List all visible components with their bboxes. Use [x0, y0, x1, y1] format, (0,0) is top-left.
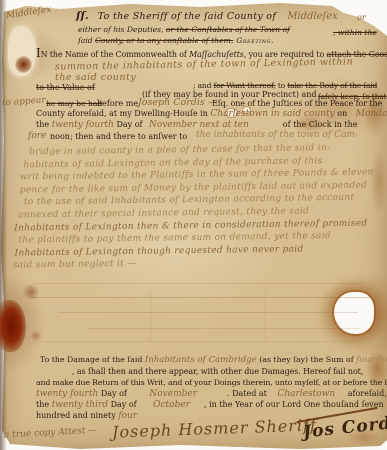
take-body-struck: take the Body of the ſaid	[287, 81, 377, 90]
esquire-text: Eſq. one of the Juſtices of the Peace fo…	[212, 100, 382, 109]
writ-document: Middleſex ſſ. To the Sheriff of the ſaid…	[0, 0, 387, 450]
sum-of-text: the Sum of	[311, 355, 357, 364]
justice-name-handwritten: Joseph Cordis —	[138, 98, 217, 108]
as-they-say-text: (as they ſay)	[257, 355, 311, 364]
day-of-text: Day of	[114, 120, 145, 129]
damage-amount-handwritten: four Pounds,	[356, 355, 387, 365]
appear-damages-line: , as ſhall then and there appear, with o…	[72, 368, 363, 377]
plaintiff-handwritten: Inhabitants of Cambridge	[145, 355, 257, 365]
the-text-2: the	[36, 400, 52, 409]
hundred-ninety-text: hundred and ninety	[36, 411, 118, 420]
the-text: the	[36, 120, 52, 129]
summon-handwritten-2: the said county	[55, 73, 136, 83]
value-struck: to the Value of	[36, 84, 95, 93]
answer-to-handwritten: the inhabitants of the town of Cam-	[196, 131, 358, 141]
year-of-lord-text: , in the Year of our Lord One thouſand ſ…	[204, 400, 384, 409]
greeting-line: ſaid County, or to any conſtable of them…	[78, 37, 274, 45]
dated-day-handwritten: twenty third	[52, 400, 108, 410]
want-struck-text: for Want thereof,	[213, 81, 275, 90]
return-month-handwritten: November	[149, 389, 197, 399]
of-them-struck-text: County, or to any conſtable of them,	[95, 36, 233, 45]
forenoon-handwritten: fore	[28, 132, 46, 142]
dwelling-line: County aforeſaid, at my Dwelling-Houſe i…	[36, 110, 387, 120]
to-damage-text: To the Damage of the ſaid	[40, 355, 145, 364]
day-of-text-2: Day of	[98, 389, 129, 398]
deputies-text: either of his Deputies,	[78, 25, 166, 34]
deputies-line: either of his Deputies, or the Conſtable…	[78, 26, 290, 34]
day-of-text-3: Day of	[108, 400, 139, 409]
and-text: ; and	[193, 81, 213, 90]
greeting-text: Greeting.	[233, 36, 274, 45]
aforesaid-text: aforeſaid,	[345, 389, 387, 398]
year-handwritten: four	[118, 411, 137, 421]
weekday-handwritten: Monday	[356, 109, 387, 119]
noon-answer-text: noon; then and there to anſwer to	[50, 133, 187, 142]
dated-day-line: the twenty third Day of October, in the …	[36, 401, 384, 411]
may-be-had-struck: he may be had	[46, 100, 102, 108]
or-note-handwritten: or	[357, 14, 366, 23]
return-writ-line: and make due Return of this Writ, and of…	[36, 379, 387, 388]
return-date-line: twenty fourth Day of November. Dated at …	[36, 390, 387, 400]
to-sheriff-text: To the Sheriff of the ſaid County of	[98, 11, 276, 22]
county-aforesaid-text: County aforeſaid, at my Dwelling-Houſe i…	[36, 109, 210, 118]
paper-edge-shadow	[0, 0, 7, 450]
within-the-struck: , within the	[333, 29, 377, 37]
clock-text: of the Clock in the	[283, 120, 358, 129]
in-the-name-text: N the Name of the Commonwealth of	[41, 50, 190, 59]
dated-place-handwritten: Charlestown	[277, 389, 335, 399]
year-line: hundred and ninety four	[36, 412, 137, 422]
hearing-day-handwritten: twenty fourth	[52, 120, 114, 130]
ss-abbreviation: ſſ.	[76, 10, 89, 22]
plea-block: bridge in said county in a plea of the c…	[11, 141, 375, 272]
damage-line: To the Damage of the ſaid Inhabitants of…	[40, 356, 387, 365]
before-me-text: before me,	[97, 100, 141, 109]
constables-struck-text: or the Conſtables of the Town of	[166, 25, 290, 34]
to-text: to	[276, 81, 288, 90]
dwelling-place-handwritten: Charlestown in said county	[210, 109, 334, 119]
hearing-month-handwritten: November next at ten	[149, 120, 249, 130]
county-name-handwritten: Middleſex	[287, 11, 338, 22]
said-text: ſaid	[78, 36, 95, 45]
dated-month-handwritten: October	[153, 400, 190, 410]
return-day-handwritten: twenty fourth	[36, 389, 98, 399]
dated-at-text: . Dated at	[227, 389, 269, 398]
on-text: on	[335, 109, 350, 118]
salutation-line: ſſ. To the Sheriff of the ſaid County of…	[76, 11, 338, 23]
